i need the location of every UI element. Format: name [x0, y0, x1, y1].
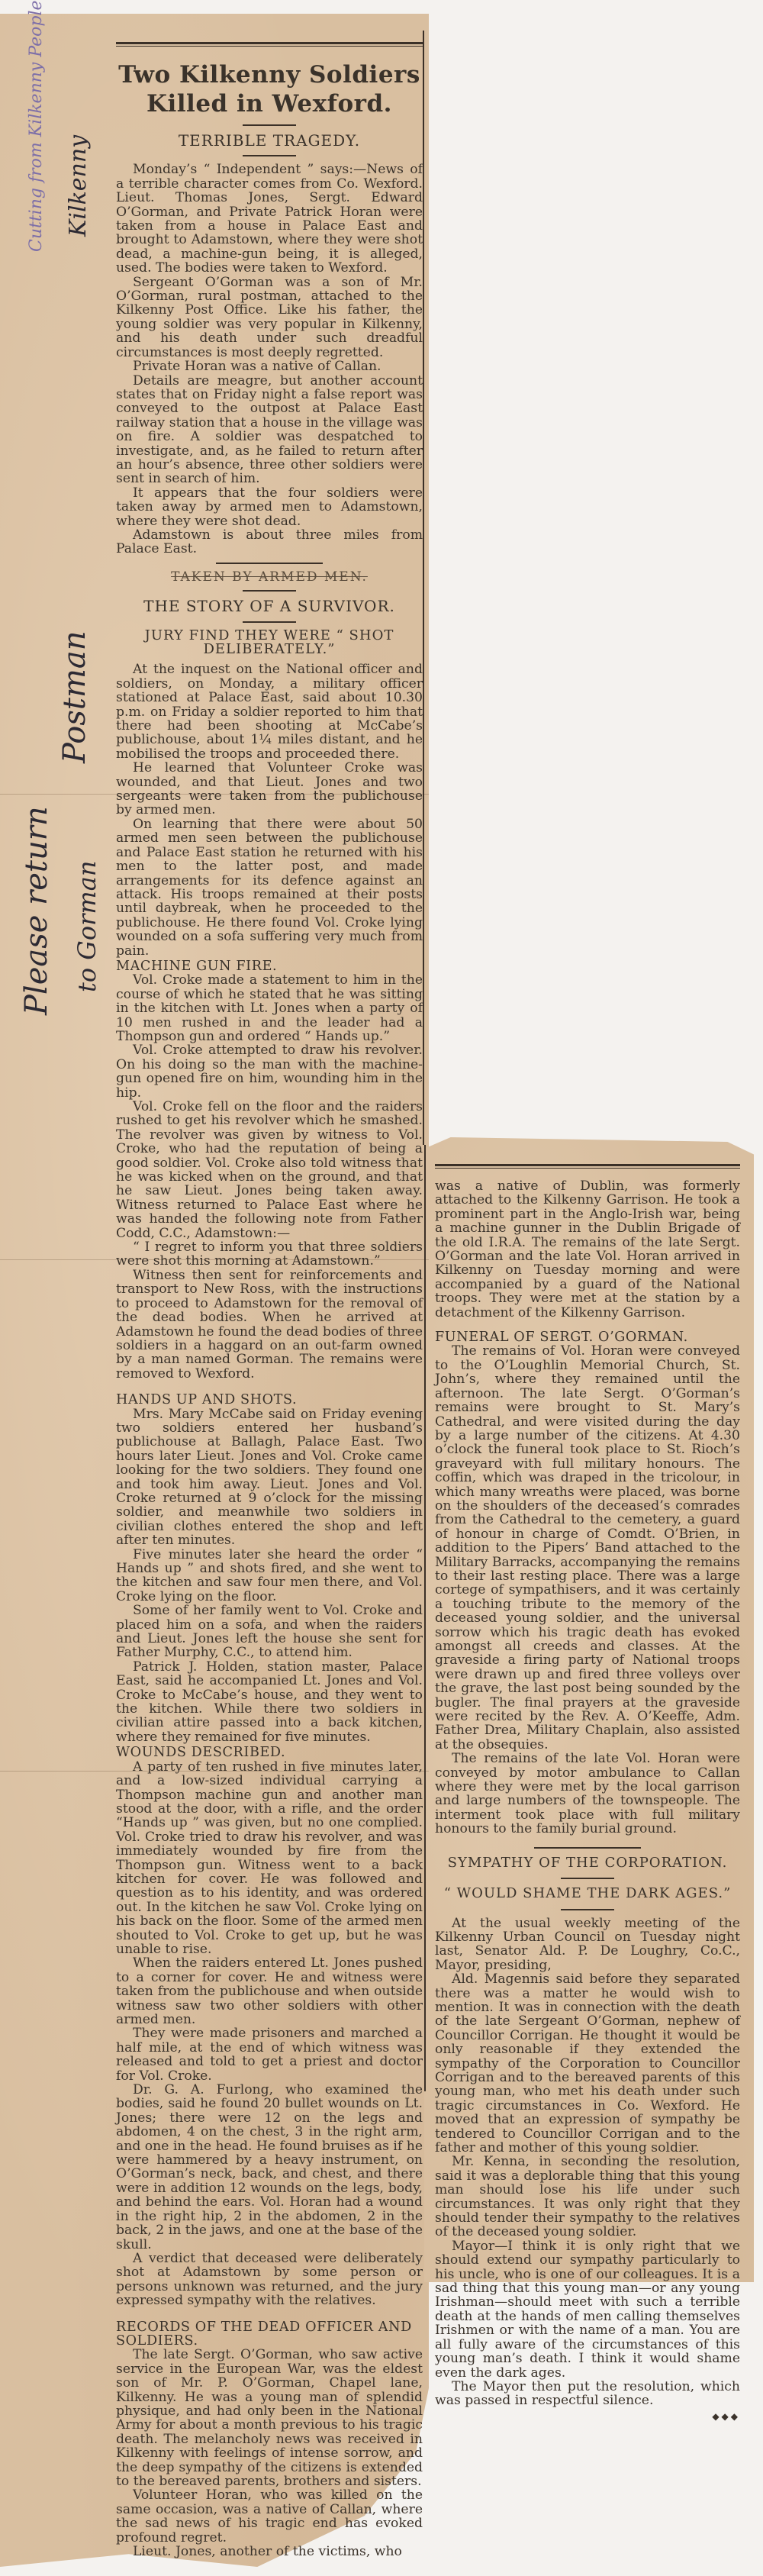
top-rule — [116, 42, 423, 47]
article-headline: Two Kilkenny Soldiers Killed in Wexford. — [116, 60, 423, 118]
paragraph: Sergeant O’Gorman was a son of Mr. O’Gor… — [116, 276, 423, 359]
paragraph: Mrs. Mary McCabe said on Friday evening … — [116, 1407, 423, 1548]
subhead-jury-verdict: JURY FIND THEY WERE “ SHOT DELIBERATELY.… — [116, 629, 423, 657]
paragraph: At the inquest on the National officer a… — [116, 663, 423, 761]
paragraph: was a native of Dublin, was formerly att… — [435, 1179, 740, 1320]
paragraph: It appears that the four soldiers were t… — [116, 486, 423, 528]
paragraph: Lieut. Jones, another of the victims, wh… — [116, 2545, 423, 2558]
divider — [534, 1847, 641, 1849]
paragraph: A verdict that deceased were deliberatel… — [116, 2252, 423, 2308]
paragraph: Five minutes later she heard the order “… — [116, 1548, 423, 1604]
paragraph: A party of ten rushed in five minutes la… — [116, 1760, 423, 1957]
paragraph: Vol. Croke fell on the floor and the rai… — [116, 1100, 423, 1240]
crosshead-machine-gun-fire: MACHINE GUN FIRE. — [116, 959, 423, 973]
subhead-sympathy: SYMPATHY OF THE CORPORATION. — [435, 1856, 740, 1870]
paragraph: Ald. Magennis said before they separated… — [435, 1972, 740, 2155]
paragraph: Vol. Croke attempted to draw his revolve… — [116, 1043, 423, 1100]
handwritten-note-source: Cutting from Kilkenny People — [27, 0, 46, 252]
paragraph: Vol. Croke made a statement to him in th… — [116, 973, 423, 1043]
top-rule — [435, 1164, 740, 1169]
struck-heading: TAKEN BY ARMED MEN. — [116, 570, 423, 584]
paragraph: Dr. G. A. Furlong, who examined the bodi… — [116, 2083, 423, 2252]
paragraph: Monday’s “ Independent ” says:—News of a… — [116, 163, 423, 275]
paragraph: Adamstown is about three miles from Pala… — [116, 528, 423, 556]
divider — [243, 124, 296, 126]
column-rule — [424, 1145, 426, 2091]
crosshead-hands-up: HANDS UP AND SHOTS. — [116, 1393, 423, 1407]
paragraph: The remains of the late Vol. Horan were … — [435, 1752, 740, 1836]
article-right-column: was a native of Dublin, was formerly att… — [435, 1164, 740, 2423]
divider — [243, 155, 296, 156]
subhead-dark-ages: “ WOULD SHAME THE DARK AGES.” — [435, 1887, 740, 1901]
subhead-terrible-tragedy: TERRIBLE TRAGEDY. — [116, 134, 423, 147]
paragraph: Mayor—I think it is only right that we s… — [435, 2239, 740, 2380]
divider — [243, 590, 296, 592]
column-rule — [423, 31, 424, 1145]
paragraph: The Mayor then put the resolution, which… — [435, 2380, 740, 2408]
paragraph: Some of her family went to Vol. Croke an… — [116, 1604, 423, 1660]
handwritten-note-kilkenny: Kilkenny — [65, 135, 92, 237]
paragraph: Mr. Kenna, in seconding the resolution, … — [435, 2155, 740, 2239]
paragraph: At the usual weekly meeting of the Kilke… — [435, 1917, 740, 1973]
paragraph: Details are meagre, but another account … — [116, 374, 423, 486]
crosshead-funeral: FUNERAL OF SERGT. O’GORMAN. — [435, 1330, 740, 1344]
divider — [243, 621, 296, 623]
paragraph: “ I regret to inform you that three sold… — [116, 1240, 423, 1269]
paragraph: When the raiders entered Lt. Jones pushe… — [116, 1956, 423, 2026]
article-left-column: Two Kilkenny Soldiers Killed in Wexford.… — [116, 42, 423, 2558]
paragraph: Private Horan was a native of Callan. — [116, 359, 423, 373]
end-mark: ◆◆◆ — [435, 2410, 740, 2423]
handwritten-note-gorman: to Gorman — [72, 861, 101, 992]
paragraph: The late Sergt. O’Gorman, who saw active… — [116, 2348, 423, 2488]
handwritten-note-please-return: Please return — [19, 806, 54, 1015]
paragraph: They were made prisoners and marched a h… — [116, 2026, 423, 2083]
crosshead-wounds-described: WOUNDS DESCRIBED. — [116, 1746, 423, 1759]
crosshead-records: RECORDS OF THE DEAD OFFICER AND SOLDIERS… — [116, 2320, 423, 2349]
paragraph: He learned that Volunteer Croke was woun… — [116, 761, 423, 817]
paragraph: Witness then sent for reinforcements and… — [116, 1269, 423, 1381]
divider — [216, 563, 323, 564]
divider — [561, 1878, 614, 1879]
subhead-story-of-survivor: THE STORY OF A SURVIVOR. — [116, 599, 423, 613]
paragraph: On learning that there were about 50 arm… — [116, 817, 423, 958]
paragraph: Patrick J. Holden, station master, Palac… — [116, 1660, 423, 1744]
paragraph: Volunteer Horan, who was killed on the s… — [116, 2488, 423, 2545]
paragraph: The remains of Vol. Horan were conveyed … — [435, 1344, 740, 1752]
handwritten-note-postman: Postman — [57, 630, 92, 763]
divider — [561, 1909, 614, 1910]
